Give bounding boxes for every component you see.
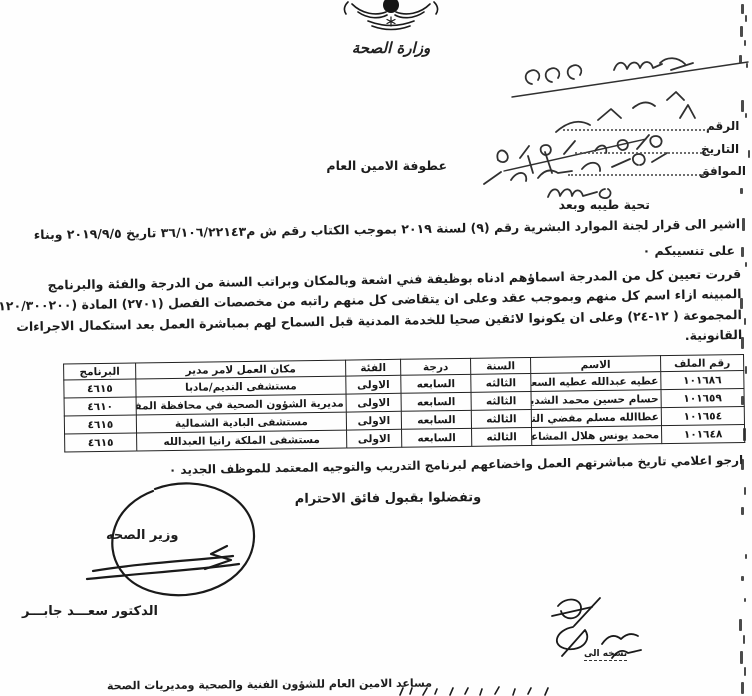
table-header-cell: درجة (401, 358, 471, 375)
table-cell: الاولى (346, 375, 401, 394)
table-cell: السابعه (401, 410, 471, 429)
table-cell: الاولى (346, 393, 401, 412)
table-cell: الثالثه (471, 409, 531, 428)
table-cell: ١٠١٦٨٦ (661, 371, 744, 390)
edge-mark (745, 262, 747, 267)
ref-date-label: التاريخ (701, 142, 739, 156)
table-cell: حسام حسين محمد الشديفات (531, 390, 661, 410)
table-cell: الثالثه (471, 373, 531, 392)
table-cell: الاولى (347, 429, 402, 448)
edge-mark (743, 635, 745, 644)
edge-mark (741, 576, 744, 581)
edge-mark (741, 682, 744, 694)
table-cell: ١٠١٦٥٤ (661, 407, 744, 426)
table-header-cell: البرنامج (64, 363, 136, 380)
minister-title: وزير الصحه (106, 528, 178, 543)
edge-mark (744, 667, 746, 676)
minister-signature-scribble (55, 477, 270, 617)
table-header-cell: الفئة (346, 359, 401, 376)
table-cell: السابعه (401, 374, 471, 393)
edge-mark (744, 318, 746, 325)
edge-mark (740, 26, 743, 37)
request-line: ارجو اعلامي تاريخ مباشرتهم العمل واخضاعه… (193, 453, 743, 477)
edge-mark (744, 598, 746, 602)
table-cell: ٤٦١٥ (65, 433, 137, 452)
edge-mark (745, 15, 747, 22)
paragraph2: قررت تعيين كل من المدرجة اسماؤهم ادناه ب… (33, 264, 742, 357)
table-cell: ١٠١٦٥٩ (661, 389, 744, 408)
appointments-table: رقم الملفالاسمالسنةدرجةالفئةمكان العمل ل… (63, 354, 745, 452)
minister-name: الدكتور سعـــد جابـــر (22, 604, 158, 619)
edge-mark (741, 507, 744, 515)
table-cell: ٤٦١٠ (64, 397, 136, 416)
ref-date-dotted-line (575, 152, 706, 154)
edge-mark (744, 487, 746, 495)
table-header-cell: الاسم (531, 356, 661, 374)
salutation-line: تحية طيبه وبعد (535, 197, 650, 212)
ref-corresponding-label: الموافق (699, 164, 746, 178)
table-cell: ١٠١٦٤٨ (661, 425, 744, 444)
table-cell: عطاالله مسلم مفضي التيار (531, 408, 661, 428)
edge-mark (741, 247, 744, 257)
table-cell: مستشفى الملكة رانيا العبدالله (137, 430, 347, 451)
edge-mark (742, 218, 745, 231)
scanned-letter-page: وزارة الصحة الرقم التاريخ الموافق عطوفة … (0, 0, 752, 696)
ref-corresponding-dotted-line (568, 174, 704, 176)
coat-of-arms-emblem (338, 0, 444, 36)
edge-mark (744, 40, 746, 46)
edge-mark (741, 4, 744, 14)
edge-mark (740, 651, 743, 664)
paragraph1-line1: اشير الى قرار لجنة الموارد البشرية رقم (… (40, 216, 740, 242)
table-cell: السابعه (401, 392, 471, 411)
edge-mark (745, 554, 747, 559)
table-cell: ٤٦١٥ (64, 379, 136, 398)
table-cell: ٤٦١٥ (64, 415, 136, 434)
edge-mark (739, 619, 742, 631)
closing-salutation: وتفضلوا بقبول فائق الاحترام (293, 490, 483, 507)
ref-number-label: الرقم (706, 119, 739, 133)
table-cell: السابعه (402, 428, 472, 447)
table-header-cell: رقم الملف (661, 355, 744, 372)
ref-number-dotted-line (563, 129, 709, 131)
cc-label: نسخه الى (584, 649, 627, 661)
distribution-line: مساعد الامين العام للشؤون الفنية والصحية… (112, 677, 432, 693)
table-cell: الاولى (346, 411, 401, 430)
paragraph1-line2: على تنسيبكم ٠ (630, 243, 735, 258)
table-cell: الثالثه (471, 391, 531, 410)
table-cell: عطيه عبدالله عطيه السعود (531, 372, 661, 392)
edge-mark (745, 366, 747, 374)
table-header-cell: السنة (471, 357, 531, 374)
recipient-line: عطوفة الامين العام (332, 158, 447, 173)
table-cell: محمد يونس هلال المشاعله (532, 426, 662, 446)
table-cell: الثالثه (472, 427, 532, 446)
table-body: ١٠١٦٨٦عطيه عبدالله عطيه السعودالثالثهالس… (64, 371, 745, 452)
